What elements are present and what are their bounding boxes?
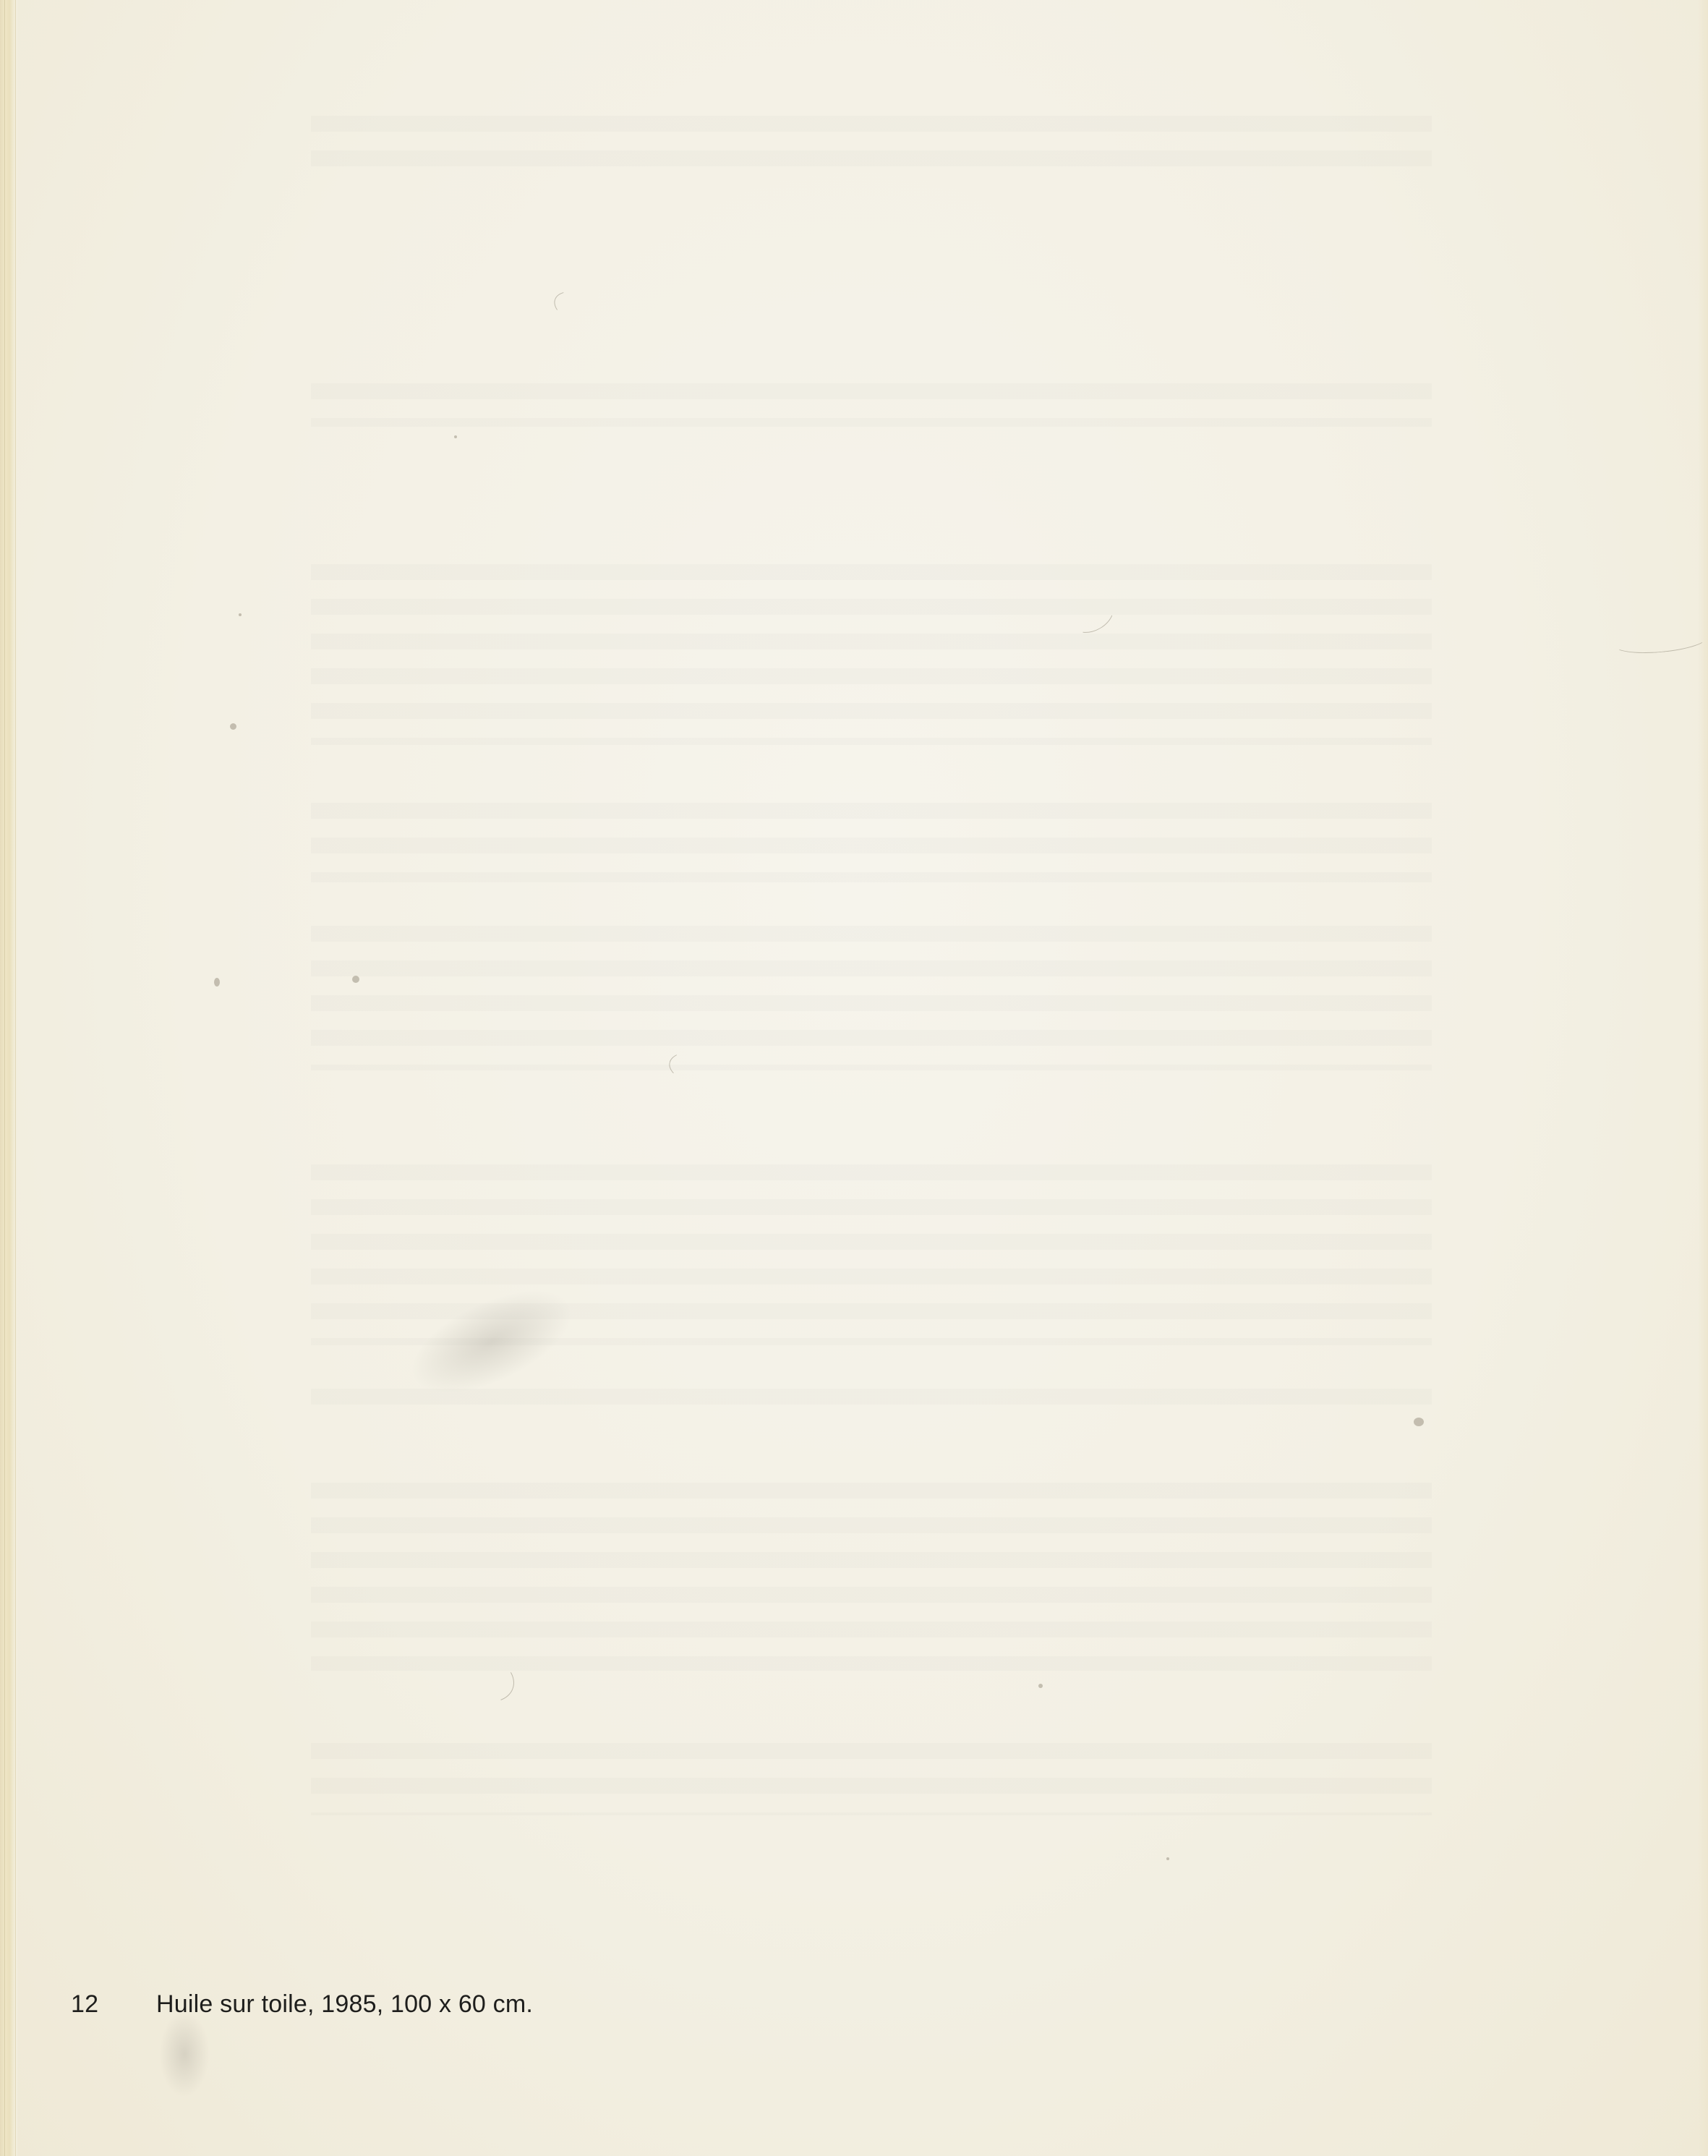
scan-speck — [1038, 1684, 1043, 1688]
scan-speck — [454, 435, 457, 438]
binding-line — [4, 0, 5, 2156]
scan-speck — [239, 613, 242, 616]
page-number: 12 — [71, 1990, 156, 2019]
scan-hair — [1612, 625, 1708, 656]
scan-smudge — [159, 2011, 210, 2097]
scan-hair — [550, 285, 609, 331]
show-through-texture — [311, 1483, 1432, 1671]
figure-caption: Huile sur toile, 1985, 100 x 60 cm. — [156, 1990, 533, 2019]
show-through-texture — [311, 1389, 1432, 1418]
show-through-texture — [311, 1743, 1432, 1815]
book-page: 12 Huile sur toile, 1985, 100 x 60 cm. — [0, 0, 1708, 2156]
show-through-texture — [311, 564, 1432, 745]
show-through-texture — [311, 116, 1432, 174]
show-through-texture — [311, 926, 1432, 1070]
show-through-texture — [311, 383, 1432, 427]
binding-line — [15, 0, 16, 2156]
figure-caption-row: 12 Huile sur toile, 1985, 100 x 60 cm. — [71, 1990, 533, 2019]
scan-speck — [1166, 1857, 1169, 1860]
scan-speck — [230, 723, 236, 730]
page-binding-edge — [0, 0, 17, 2156]
scan-speck — [352, 976, 359, 983]
show-through-texture — [311, 803, 1432, 882]
scan-speck — [214, 978, 220, 987]
page-right-edge — [1698, 0, 1708, 2156]
scan-speck — [1414, 1418, 1424, 1426]
